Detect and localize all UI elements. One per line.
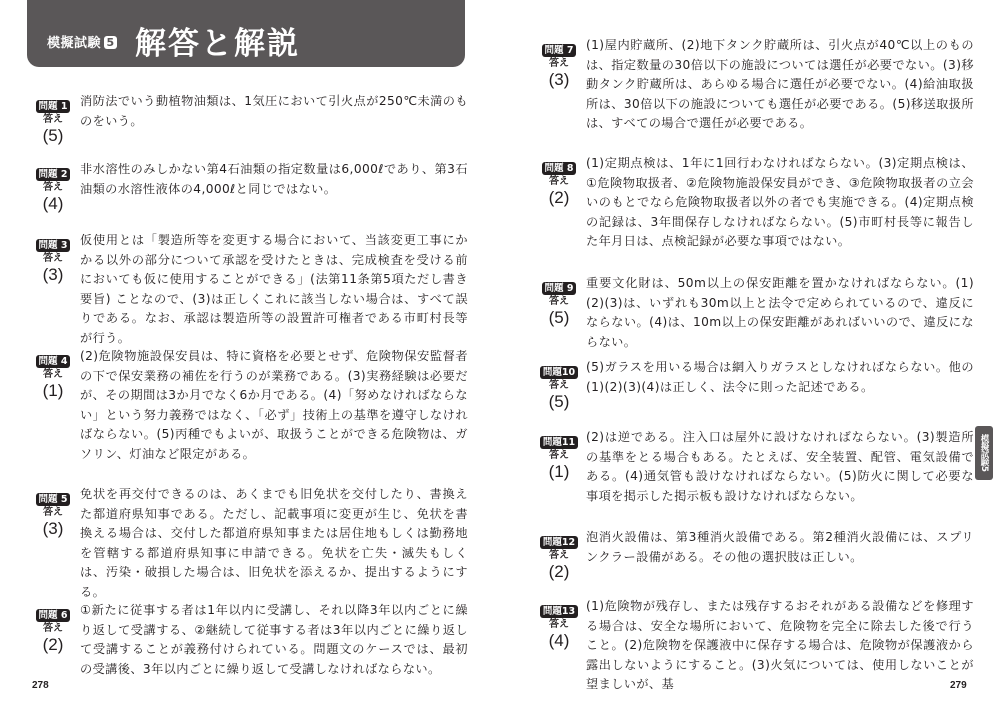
answer-label: 答え xyxy=(33,507,73,519)
answer-value: (2) xyxy=(539,562,579,582)
answer-value: (5) xyxy=(33,126,73,146)
answer-label: 答え xyxy=(539,550,579,562)
answer-block: 問題 9 答え (5) xyxy=(539,276,579,328)
answer-value: (5) xyxy=(539,308,579,328)
question-badge: 問題 9 xyxy=(542,282,577,295)
answer-label: 答え xyxy=(33,369,73,381)
answer-value: (3) xyxy=(539,70,579,90)
question-badge: 問題10 xyxy=(540,366,578,379)
question-badge: 問題 1 xyxy=(36,100,71,113)
header-subtitle-text: 模擬試験 xyxy=(47,36,101,51)
header-subtitle: 模擬試験5 xyxy=(47,32,117,51)
answer-value: (2) xyxy=(539,188,579,208)
explanation-text: (1)屋内貯蔵所、(2)地下タンク貯蔵所は、引火点が40℃以上のものは、指定数量… xyxy=(586,36,974,134)
answer-value: (4) xyxy=(539,631,579,651)
answer-value: (3) xyxy=(33,519,73,539)
answer-block: 問題 2 答え (4) xyxy=(33,162,73,214)
answer-value: (2) xyxy=(33,635,73,655)
answer-label: 答え xyxy=(539,58,579,70)
answer-label: 答え xyxy=(33,182,73,194)
section-header: 模擬試験5 解答と解説 xyxy=(27,0,465,67)
explanation-text: 非水溶性のみしかない第4石油類の指定数量は6,000ℓであり、第3石油類の水溶性… xyxy=(80,160,468,199)
chapter-side-tab: 模擬試験5 xyxy=(975,426,993,480)
question-badge: 問題 6 xyxy=(36,609,71,622)
question-badge: 問題 2 xyxy=(36,168,71,181)
answer-block: 問題11 答え (1) xyxy=(539,430,579,482)
explanation-text: (5)ガラスを用いる場合は網入りガラスとしなければならない。他の(1)(2)(3… xyxy=(586,358,974,397)
answer-block: 問題12 答え (2) xyxy=(539,530,579,582)
answer-block: 問題 6 答え (2) xyxy=(33,603,73,655)
explanation-text: 消防法でいう動植物油類は、1気圧において引火点が250℃未満のものをいう。 xyxy=(80,92,468,131)
answer-block: 問題 5 答え (3) xyxy=(33,487,73,539)
answer-value: (5) xyxy=(539,392,579,412)
exam-number-badge: 5 xyxy=(104,36,117,49)
answer-block: 問題 3 答え (3) xyxy=(33,233,73,285)
answer-label: 答え xyxy=(539,176,579,188)
question-badge: 問題 8 xyxy=(542,162,577,175)
answer-label: 答え xyxy=(33,253,73,265)
answer-block: 問題 8 答え (2) xyxy=(539,156,579,208)
answer-label: 答え xyxy=(539,380,579,392)
answer-value: (1) xyxy=(539,462,579,482)
explanation-text: (2)危険物施設保安員は、特に資格を必要とせず、危険物保安監督者の下で保安業務の… xyxy=(80,347,468,464)
question-badge: 問題11 xyxy=(540,436,578,449)
page-title: 解答と解説 xyxy=(135,18,300,63)
question-badge: 問題13 xyxy=(540,605,578,618)
question-badge: 問題 7 xyxy=(542,44,577,57)
question-badge: 問題 5 xyxy=(36,493,71,506)
question-badge: 問題 4 xyxy=(36,355,71,368)
explanation-text: (1)定期点検は、1年に1回行わなければならない。(3)定期点検は、①危険物取扱… xyxy=(586,154,974,252)
right-page: 問題 7 答え (3) (1)屋内貯蔵所、(2)地下タンク貯蔵所は、引火点が40… xyxy=(499,0,999,709)
question-badge: 問題 3 xyxy=(36,239,71,252)
answer-value: (1) xyxy=(33,381,73,401)
answer-label: 答え xyxy=(33,114,73,126)
answer-block: 問題13 答え (4) xyxy=(539,599,579,651)
answer-block: 問題10 答え (5) xyxy=(539,360,579,412)
answer-block: 問題 4 答え (1) xyxy=(33,349,73,401)
explanation-text: 仮使用とは「製造所等を変更する場合において、当該変更工事にかかる以外の部分につい… xyxy=(80,231,468,348)
answer-value: (3) xyxy=(33,265,73,285)
explanation-text: (1)危険物が残存し、または残存するおそれがある設備などを修理する場合は、安全な… xyxy=(586,597,974,695)
page-number-left: 278 xyxy=(32,680,49,691)
page-number-right: 279 xyxy=(950,680,967,691)
answer-label: 答え xyxy=(33,623,73,635)
explanation-text: (2)は逆である。注入口は屋外に設けなければならない。(3)製造所の基準をとる場… xyxy=(586,428,974,506)
explanation-text: ①新たに従事する者は1年以内に受講し、それ以降3年以内ごとに繰り返して受講する、… xyxy=(80,601,468,679)
answer-label: 答え xyxy=(539,296,579,308)
explanation-text: 免状を再交付できるのは、あくまでも旧免状を交付したり、書換えた都道府県知事である… xyxy=(80,485,468,602)
answer-value: (4) xyxy=(33,194,73,214)
explanation-text: 重要文化財は、50m以上の保安距離を置かなければならない。(1)(2)(3)は、… xyxy=(586,274,974,352)
answer-label: 答え xyxy=(539,619,579,631)
left-page: 模擬試験5 解答と解説 問題 1 答え (5) 消防法でいう動植物油類は、1気圧… xyxy=(0,0,499,709)
explanation-text: 泡消火設備は、第3種消火設備である。第2種消火設備には、スプリンクラー設備がある… xyxy=(586,528,974,567)
answer-block: 問題 1 答え (5) xyxy=(33,94,73,146)
answer-label: 答え xyxy=(539,450,579,462)
question-badge: 問題12 xyxy=(540,536,578,549)
answer-block: 問題 7 答え (3) xyxy=(539,38,579,90)
